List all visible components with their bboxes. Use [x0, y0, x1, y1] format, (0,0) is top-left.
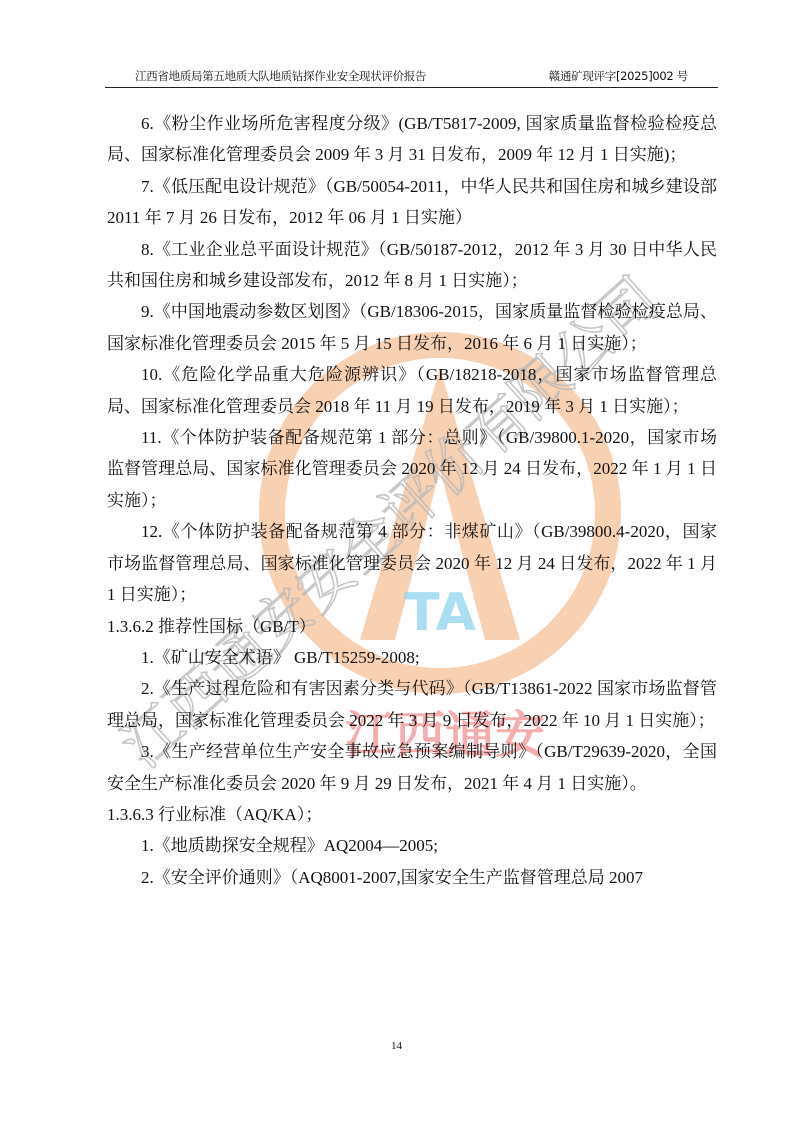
list-item: 8.《工业企业总平面设计规范》（GB/50187-2012，2012 年 3 月…	[107, 234, 717, 297]
list-item: 2.《安全评价通则》（AQ8001-2007,国家安全生产监督管理总局 2007	[107, 862, 717, 893]
list-item: 9.《中国地震动参数区划图》（GB/18306-2015，国家质量监督检验检疫总…	[107, 296, 717, 359]
list-item: 12.《个体防护装备配备规范第 4 部分：非煤矿山》（GB/39800.4-20…	[107, 516, 717, 610]
list-item: 10.《危险化学品重大危险源辨识》（GB/18218-2018，国家市场监督管理…	[107, 359, 717, 422]
page-header: 江西省地质局第五地质大队地质钻探作业安全现状评价报告 赣通矿现评字[2025]0…	[105, 66, 718, 88]
list-item: 6.《粉尘作业场所危害程度分级》(GB/T5817-2009, 国家质量监督检验…	[107, 108, 717, 171]
page-number: 14	[0, 1040, 793, 1052]
header-document-number: 赣通矿现评字[2025]002 号	[549, 68, 688, 84]
document-body: 6.《粉尘作业场所危害程度分级》(GB/T5817-2009, 国家质量监督检验…	[107, 108, 717, 893]
list-item: 2.《生产过程危险和有害因素分类与代码》（GB/T13861-2022 国家市场…	[107, 673, 717, 736]
list-item: 1.《矿山安全术语》 GB/T15259-2008;	[107, 642, 717, 673]
section-heading: 1.3.6.2 推荐性国标（GB/T）	[107, 611, 717, 642]
list-item: 7.《低压配电设计规范》（GB/50054-2011，中华人民共和国住房和城乡建…	[107, 171, 717, 234]
list-item: 1.《地质勘探安全规程》AQ2004—2005;	[107, 830, 717, 861]
list-item: 11.《个体防护装备配备规范第 1 部分：总则》（GB/39800.1-2020…	[107, 422, 717, 516]
header-report-title: 江西省地质局第五地质大队地质钻探作业安全现状评价报告	[135, 68, 426, 84]
document-page: 江西省地质局第五地质大队地质钻探作业安全现状评价报告 赣通矿现评字[2025]0…	[0, 0, 793, 1122]
section-heading: 1.3.6.3 行业标准（AQ/KA）；	[107, 799, 717, 830]
list-item: 3.《生产经营单位生产安全事故应急预案编制导则》（GB/T29639-2020，…	[107, 736, 717, 799]
